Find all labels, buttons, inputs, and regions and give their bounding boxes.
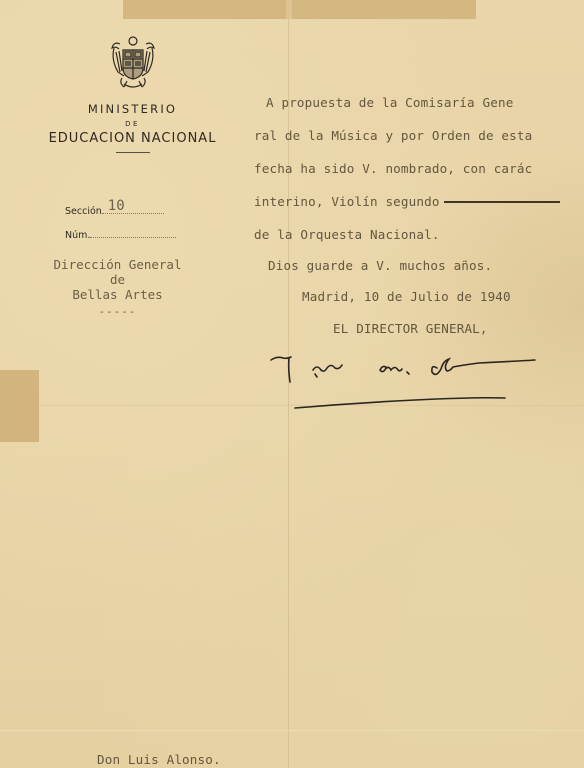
body-line-5: de la Orquesta Nacional. <box>254 227 440 242</box>
numero-label: Núm. <box>65 230 90 241</box>
numero-field: Núm. <box>65 227 176 241</box>
tape-stain-top <box>123 0 476 19</box>
ministry-name: MINISTERIO <box>30 102 235 116</box>
closing-formula: Dios guarde a V. muchos años. <box>268 258 492 273</box>
ministry-connector: DE <box>30 120 235 128</box>
body-line-2: ral de la Música y por Orden de esta <box>254 128 532 143</box>
department-line-1: Dirección General <box>20 257 215 272</box>
tape-stain-left <box>0 370 39 442</box>
signatory-title: EL DIRECTOR GENERAL, <box>333 321 488 336</box>
seccion-label: Sección <box>65 206 102 217</box>
handwritten-signature-icon <box>265 346 565 411</box>
department-dashes: ----- <box>20 304 215 319</box>
blank-fill-line <box>444 201 560 203</box>
fold-line-horizontal-lower <box>0 730 584 731</box>
addressee: Don Luis Alonso. <box>97 752 221 767</box>
body-line-3: fecha ha sido V. nombrado, con carác <box>254 161 532 176</box>
department-line-2: de <box>20 272 215 287</box>
ministry-department: EDUCACION NACIONAL <box>30 131 235 146</box>
place-and-date: Madrid, 10 de Julio de 1940 <box>302 289 511 304</box>
body-line-1: A propuesta de la Comisaría Gene <box>266 95 513 110</box>
department-block: Dirección General de Bellas Artes ----- <box>20 257 215 319</box>
document-page: MINISTERIO DE EDUCACION NACIONAL Sección… <box>0 0 584 768</box>
department-line-3: Bellas Artes <box>20 287 215 302</box>
body-line-4: interino, Violín segundo <box>254 194 560 209</box>
body-line-4-text: interino, Violín segundo <box>254 194 440 209</box>
seccion-value: 10 <box>108 198 125 214</box>
letterhead: MINISTERIO DE EDUCACION NACIONAL <box>30 34 235 153</box>
seccion-field: Sección10 <box>65 203 164 217</box>
seccion-value-line: 10 <box>102 203 164 214</box>
coat-of-arms-eagle-icon <box>108 34 158 92</box>
numero-value-line <box>90 227 176 238</box>
letterhead-rule <box>116 152 150 153</box>
